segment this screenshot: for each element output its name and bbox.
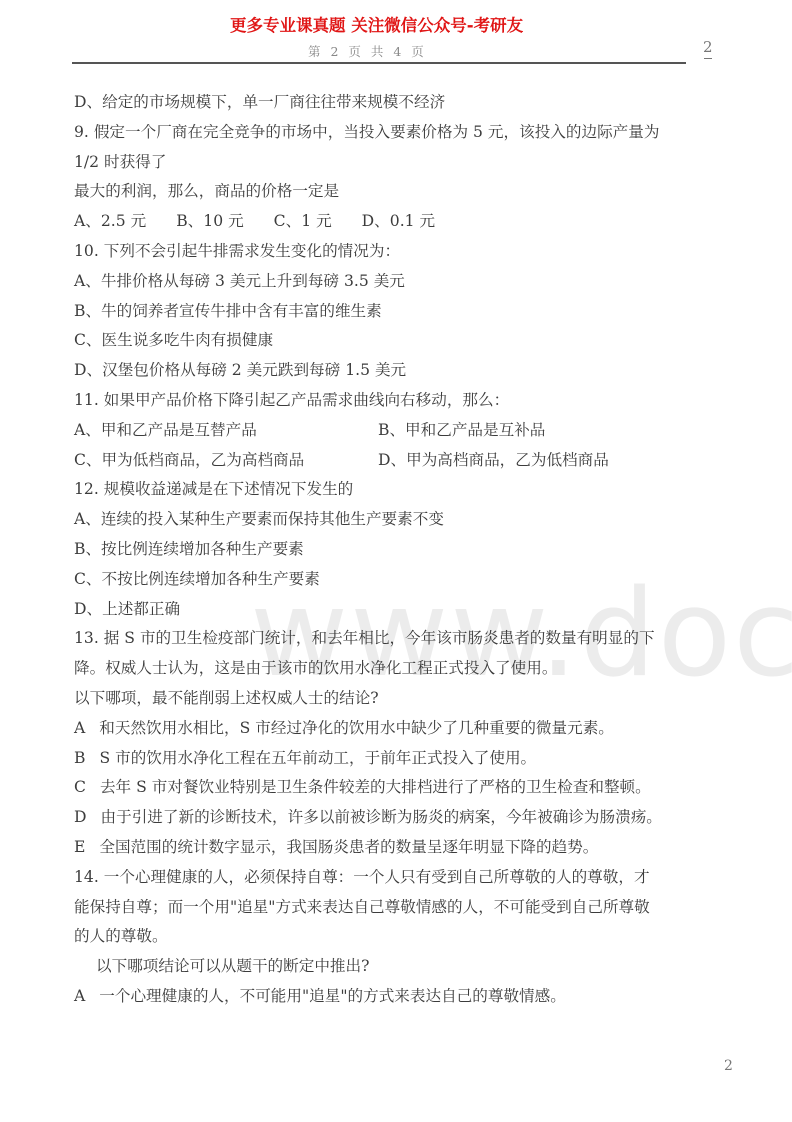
q9-stem-line1: 9. 假定一个厂商在完全竞争的市场中，当投入要素价格为 5 元，该投入的边际产量… bbox=[74, 118, 724, 148]
q12-option-c: C、不按比例连续增加各种生产要素 bbox=[74, 565, 724, 595]
q13-option-c-text: 去年 S 市对餐饮业特别是卫生条件较差的大排档进行了严格的卫生检查和整顿。 bbox=[100, 778, 651, 796]
q13-stem-line1: 13. 据 S 市的卫生检疫部门统计，和去年相比，今年该市肠炎患者的数量有明显的… bbox=[74, 624, 724, 654]
q14-stem-line3: 的人的尊敬。 bbox=[74, 922, 724, 952]
q13-option-a-text: 和天然饮用水相比，S 市经过净化的饮用水中缺少了几种重要的微量元素。 bbox=[99, 719, 614, 737]
q13-stem-line2: 降。权威人士认为，这是由于该市的饮用水净化工程正式投入了使用。 bbox=[74, 654, 724, 684]
q9-option-b: B、10 元 bbox=[176, 207, 243, 237]
q12-stem: 12. 规模收益递减是在下述情况下发生的 bbox=[74, 475, 724, 505]
document-body: D、给定的市场规模下，单一厂商往往带来规模不经济 9. 假定一个厂商在完全竞争的… bbox=[74, 88, 724, 1012]
q11-option-c: C、甲为低档商品，乙为高档商品 bbox=[74, 446, 378, 476]
header-page-number-underline bbox=[704, 58, 712, 59]
q14-stem-line1: 14. 一个心理健康的人，必须保持自尊：一个人只有受到自己所尊敬的人的尊敬，才 bbox=[74, 863, 724, 893]
q11-options-row2: C、甲为低档商品，乙为高档商品 D、甲为高档商品，乙为低档商品 bbox=[74, 446, 724, 476]
footer-page-number: 2 bbox=[724, 1058, 733, 1074]
q10-option-d: D、汉堡包价格从每磅 2 美元跌到每磅 1.5 美元 bbox=[74, 356, 724, 386]
q13-option-b-text: S 市的饮用水净化工程在五年前动工，于前年正式投入了使用。 bbox=[99, 749, 536, 767]
q11-option-d: D、甲为高档商品，乙为低档商品 bbox=[378, 446, 609, 476]
q12-option-a: A、连续的投入某种生产要素而保持其他生产要素不变 bbox=[74, 505, 724, 535]
q13-option-b-letter: B bbox=[74, 749, 85, 767]
q8-option-d: D、给定的市场规模下，单一厂商往往带来规模不经济 bbox=[74, 88, 724, 118]
q9-stem-line3: 最大的利润，那么，商品的价格一定是 bbox=[74, 177, 724, 207]
page-indicator: 第 2 页 共 4 页 bbox=[308, 42, 427, 60]
q9-option-d: D、0.1 元 bbox=[362, 207, 435, 237]
q10-stem: 10. 下列不会引起牛排需求发生变化的情况为： bbox=[74, 237, 724, 267]
q13-option-b: BS 市的饮用水净化工程在五年前动工，于前年正式投入了使用。 bbox=[74, 744, 724, 774]
q10-option-c: C、医生说多吃牛肉有损健康 bbox=[74, 326, 724, 356]
q13-option-e: E全国范围的统计数字显示，我国肠炎患者的数量呈逐年明显下降的趋势。 bbox=[74, 833, 724, 863]
q9-options: A、2.5 元 B、10 元 C、1 元 D、0.1 元 bbox=[74, 207, 724, 237]
q13-question: 以下哪项，最不能削弱上述权威人士的结论? bbox=[74, 684, 724, 714]
q9-option-c: C、1 元 bbox=[274, 207, 332, 237]
q12-option-d: D、上述都正确 bbox=[74, 595, 724, 625]
header-page-number: 2 bbox=[703, 38, 713, 56]
q9-stem-line2: 1/2 时获得了 bbox=[74, 148, 724, 178]
q13-option-c: C去年 S 市对餐饮业特别是卫生条件较差的大排档进行了严格的卫生检查和整顿。 bbox=[74, 773, 724, 803]
q14-option-a: A一个心理健康的人，不可能用"追星"的方式来表达自己的尊敬情感。 bbox=[74, 982, 724, 1012]
q11-option-a: A、甲和乙产品是互替产品 bbox=[74, 416, 378, 446]
q14-option-a-text: 一个心理健康的人，不可能用"追星"的方式来表达自己的尊敬情感。 bbox=[99, 987, 566, 1005]
q13-option-d: D由于引进了新的诊断技术，许多以前被诊断为肠炎的病案，今年被确诊为肠溃疡。 bbox=[74, 803, 724, 833]
q11-options-row1: A、甲和乙产品是互替产品 B、甲和乙产品是互补品 bbox=[74, 416, 724, 446]
q11-stem: 11. 如果甲产品价格下降引起乙产品需求曲线向右移动，那么： bbox=[74, 386, 724, 416]
q13-option-a-letter: A bbox=[74, 719, 85, 737]
q14-stem-line2: 能保持自尊；而一个用"追星"方式来表达自己尊敬情感的人，不可能受到自己所尊敬 bbox=[74, 893, 724, 923]
q14-question: 以下哪项结论可以从题干的断定中推出? bbox=[74, 952, 724, 982]
q14-option-a-letter: A bbox=[74, 987, 85, 1005]
q13-option-d-text: 由于引进了新的诊断技术，许多以前被诊断为肠炎的病案，今年被确诊为肠溃疡。 bbox=[101, 808, 662, 826]
q13-option-d-letter: D bbox=[74, 808, 87, 826]
promo-banner: 更多专业课真题 关注微信公众号-考研友 bbox=[230, 12, 523, 40]
q13-option-e-letter: E bbox=[74, 838, 85, 856]
q13-option-a: A和天然饮用水相比，S 市经过净化的饮用水中缺少了几种重要的微量元素。 bbox=[74, 714, 724, 744]
q12-option-b: B、按比例连续增加各种生产要素 bbox=[74, 535, 724, 565]
header-divider bbox=[72, 62, 686, 64]
q13-option-c-letter: C bbox=[74, 778, 86, 796]
q11-option-b: B、甲和乙产品是互补品 bbox=[378, 416, 545, 446]
q10-option-b: B、牛的饲养者宣传牛排中含有丰富的维生素 bbox=[74, 297, 724, 327]
q13-option-e-text: 全国范围的统计数字显示，我国肠炎患者的数量呈逐年明显下降的趋势。 bbox=[99, 838, 598, 856]
q9-option-a: A、2.5 元 bbox=[74, 207, 146, 237]
q10-option-a: A、牛排价格从每磅 3 美元上升到每磅 3.5 美元 bbox=[74, 267, 724, 297]
